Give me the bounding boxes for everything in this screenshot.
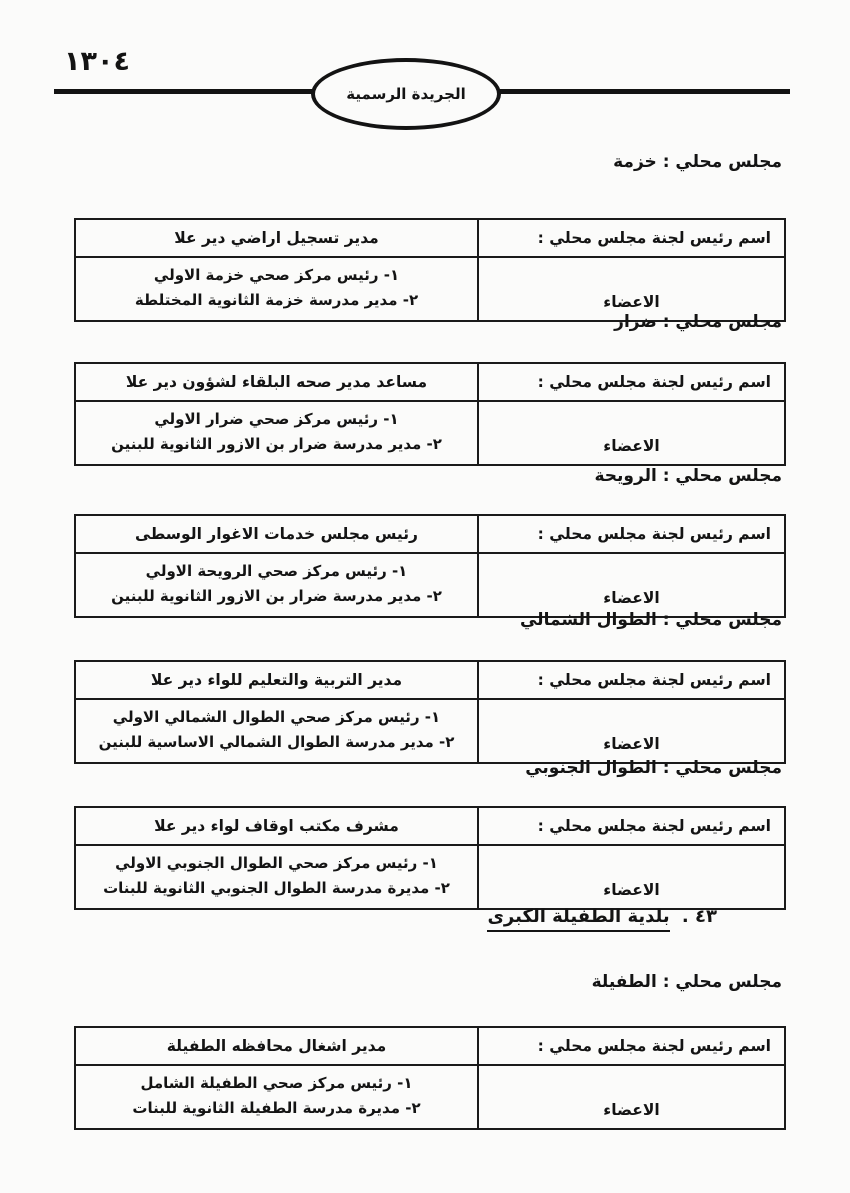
chair-value-cell: مدير اشغال محافظه الطفيلة <box>75 1027 478 1065</box>
member-line: ١- رئيس مركز صحي ضرار الاولي <box>84 407 469 432</box>
member-line: ٢- مدير مدرسة الطوال الشمالي الاساسية لل… <box>84 730 469 755</box>
chair-value-cell: مساعد مدير صحه البلقاء لشؤون دير علا <box>75 363 478 401</box>
chair-label-cell: اسم رئيس لجنة مجلس محلي : <box>478 363 785 401</box>
council-table-tuwal-north: اسم رئيس لجنة مجلس محلي : مدير التربية و… <box>74 660 786 764</box>
municipality-heading: ٤٣ . بلدية الطفيلة الكبرى <box>487 906 717 927</box>
members-label-cell: الاعضاء <box>478 845 785 909</box>
chair-label-cell: اسم رئيس لجنة مجلس محلي : <box>478 1027 785 1065</box>
chair-label-cell: اسم رئيس لجنة مجلس محلي : <box>478 515 785 553</box>
member-line: ١- رئيس مركز صحي الطوال الشمالي الاولي <box>84 705 469 730</box>
council-title-ruwaiha: مجلس محلي : الرويحة <box>594 466 782 486</box>
members-list-cell: ١- رئيس مركز صحي الرويحة الاولي ٢- مدير … <box>75 553 478 617</box>
council-title-khazma: مجلس محلي : خزمة <box>613 152 782 172</box>
member-line: ٢- مدير مدرسة خزمة الثانوية المختلطة <box>84 288 469 313</box>
chair-label-cell: اسم رئيس لجنة مجلس محلي : <box>478 661 785 699</box>
members-list-cell: ١- رئيس مركز صحي ضرار الاولي ٢- مدير مدر… <box>75 401 478 465</box>
council-title-tuwal-south: مجلس محلي : الطوال الجنوبي <box>525 758 782 778</box>
gazette-page: { "page_number": "١٣٠٤", "masthead_badge… <box>0 0 850 1193</box>
chair-label-cell: اسم رئيس لجنة مجلس محلي : <box>478 807 785 845</box>
member-line: ١- رئيس مركز صحي خزمة الاولي <box>84 263 469 288</box>
member-line: ١- رئيس مركز صحي الطفيلة الشامل <box>84 1071 469 1096</box>
members-label-cell: الاعضاء <box>478 401 785 465</box>
member-line: ٢- مديرة مدرسة الطفيلة الثانوية للبنات <box>84 1096 469 1121</box>
chair-value-cell: مشرف مكتب اوقاف لواء دير علا <box>75 807 478 845</box>
municipality-title: بلدية الطفيلة الكبرى <box>487 906 669 932</box>
page-number: ١٣٠٤ <box>64 46 130 77</box>
council-title-tuwal-north: مجلس محلي : الطوال الشمالي <box>520 610 782 630</box>
gazette-badge-label: الجريدة الرسمية <box>346 85 465 103</box>
council-table-tafila: اسم رئيس لجنة مجلس محلي : مدير اشغال محا… <box>74 1026 786 1130</box>
council-table-khazma: اسم رئيس لجنة مجلس محلي : مدير تسجيل ارا… <box>74 218 786 322</box>
council-table-tuwal-south: اسم رئيس لجنة مجلس محلي : مشرف مكتب اوقا… <box>74 806 786 910</box>
members-label-cell: الاعضاء <box>478 699 785 763</box>
council-table-dirar: اسم رئيس لجنة مجلس محلي : مساعد مدير صحه… <box>74 362 786 466</box>
council-title-dirar: مجلس محلي : ضرار <box>614 312 782 332</box>
chair-label-cell: اسم رئيس لجنة مجلس محلي : <box>478 219 785 257</box>
member-line: ٢- مديرة مدرسة الطوال الجنوبي الثانوية ل… <box>84 876 469 901</box>
members-list-cell: ١- رئيس مركز صحي الطوال الشمالي الاولي ٢… <box>75 699 478 763</box>
chair-value-cell: رئيس مجلس خدمات الاغوار الوسطى <box>75 515 478 553</box>
chair-value-cell: مدير التربية والتعليم للواء دير علا <box>75 661 478 699</box>
council-table-ruwaiha: اسم رئيس لجنة مجلس محلي : رئيس مجلس خدما… <box>74 514 786 618</box>
council-title-tafila: مجلس محلي : الطفيلة <box>592 972 782 992</box>
members-list-cell: ١- رئيس مركز صحي الطفيلة الشامل ٢- مديرة… <box>75 1065 478 1129</box>
chair-value-cell: مدير تسجيل اراضي دير علا <box>75 219 478 257</box>
gazette-badge: الجريدة الرسمية <box>311 58 501 130</box>
member-line: ١- رئيس مركز صحي الطوال الجنوبي الاولي <box>84 851 469 876</box>
member-line: ٢- مدير مدرسة ضرار بن الازور الثانوية لل… <box>84 584 469 609</box>
members-label-cell: الاعضاء <box>478 553 785 617</box>
members-list-cell: ١- رئيس مركز صحي خزمة الاولي ٢- مدير مدر… <box>75 257 478 321</box>
municipality-number: ٤٣ . <box>682 906 717 927</box>
member-line: ٢- مدير مدرسة ضرار بن الازور الثانوية لل… <box>84 432 469 457</box>
member-line: ١- رئيس مركز صحي الرويحة الاولي <box>84 559 469 584</box>
members-list-cell: ١- رئيس مركز صحي الطوال الجنوبي الاولي ٢… <box>75 845 478 909</box>
members-label-cell: الاعضاء <box>478 1065 785 1129</box>
